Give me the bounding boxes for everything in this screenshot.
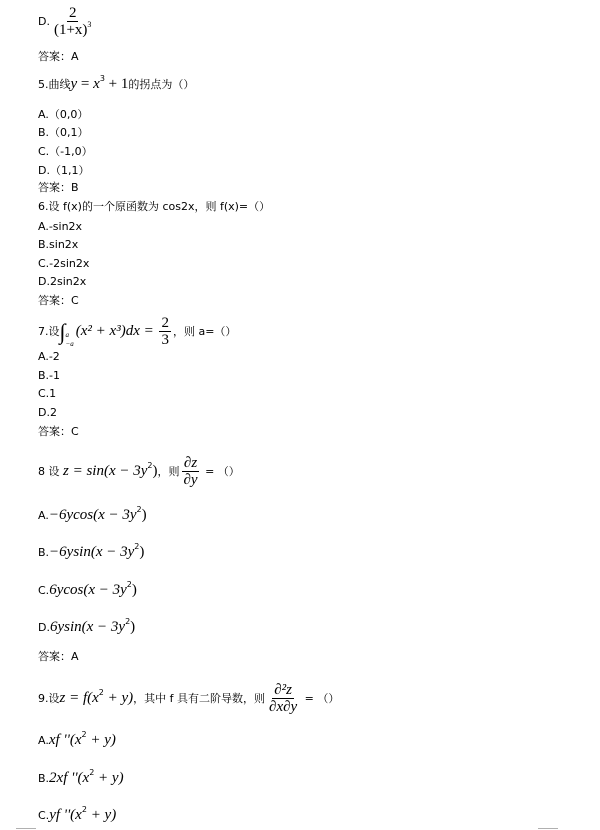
prev-question-option-d: D.2(1+x)3 bbox=[38, 6, 95, 38]
integral-limits: a−a bbox=[66, 331, 74, 349]
question-6-option-b: B.sin2x bbox=[38, 238, 78, 252]
stem-text: = （） bbox=[301, 692, 339, 705]
option-label: C. bbox=[38, 584, 49, 597]
math-var: x bbox=[93, 76, 100, 92]
option-expr: + y) bbox=[94, 770, 123, 786]
question-7-stem: 7.设∫a−a(x² + x³)dx = 23，则 a=（） bbox=[38, 316, 236, 349]
question-9-stem: 9.设z = f(x2 + y)，其中 f 具有二阶导数，则∂²z∂x∂y = … bbox=[38, 683, 339, 715]
question-5-option-b: B.（0,1） bbox=[38, 126, 89, 140]
question-8-option-a: A.−6ycos(x − 3y2) bbox=[38, 508, 147, 523]
question-6-option-c: C.-2sin2x bbox=[38, 257, 89, 271]
stem-text: 8 设 bbox=[38, 465, 60, 478]
fraction-denominator: (1+x) bbox=[54, 22, 87, 38]
fraction-denominator: 3 bbox=[159, 332, 171, 348]
question-7-option-c: C.1 bbox=[38, 387, 56, 401]
option-expr: xf ''(x bbox=[49, 732, 82, 748]
option-expr: ) bbox=[142, 507, 147, 523]
formula: z = sin(x − 3y bbox=[63, 463, 147, 479]
question-6-answer: 答案：C bbox=[38, 294, 79, 308]
formula: z = f(x bbox=[60, 690, 99, 706]
option-label: D. bbox=[38, 621, 50, 634]
stem-text: 5.曲线 bbox=[38, 78, 71, 91]
option-expr: ) bbox=[139, 544, 144, 560]
formula: + y) bbox=[104, 690, 133, 706]
fraction: 2(1+x)3 bbox=[52, 6, 93, 38]
option-label: C. bbox=[38, 809, 49, 822]
math-op: = bbox=[77, 76, 93, 92]
integrand: (x² + x³)dx = bbox=[76, 323, 158, 339]
stem-text: 7.设 bbox=[38, 325, 60, 338]
option-label: A. bbox=[38, 509, 49, 522]
question-8-answer: 答案：A bbox=[38, 650, 79, 664]
stem-text: ，其中 f 具有二阶导数，则 bbox=[133, 692, 265, 705]
question-9-option-a: A.xf ''(x2 + y) bbox=[38, 733, 116, 748]
question-5-option-d: D.（1,1） bbox=[38, 164, 89, 178]
crop-mark-right bbox=[538, 828, 558, 829]
stem-text: 的拐点为（） bbox=[128, 78, 194, 91]
fraction-numerator: ∂²z bbox=[272, 683, 294, 699]
fraction-numerator: ∂z bbox=[182, 456, 199, 472]
option-label: A. bbox=[38, 734, 49, 747]
option-label: D. bbox=[38, 15, 50, 28]
option-expr: yf ''(x bbox=[49, 807, 82, 823]
question-8-option-c: C.6ycos(x − 3y2) bbox=[38, 583, 137, 598]
fraction-denominator: ∂x∂y bbox=[267, 699, 299, 715]
question-5-option-c: C.（-1,0） bbox=[38, 145, 93, 159]
option-expr: + y) bbox=[87, 807, 116, 823]
option-expr: −6ysin(x − 3y bbox=[49, 544, 134, 560]
question-9-option-c: C.yf ''(x2 + y) bbox=[38, 808, 116, 823]
question-8-option-d: D.6ysin(x − 3y2) bbox=[38, 620, 135, 635]
question-7-option-a: A.-2 bbox=[38, 350, 60, 364]
fraction: 23 bbox=[159, 316, 171, 348]
option-expr: ) bbox=[130, 619, 135, 635]
math-op: + 1 bbox=[105, 76, 128, 92]
stem-text: ，则 bbox=[158, 465, 180, 478]
question-5-answer: 答案：B bbox=[38, 181, 79, 195]
question-8-option-b: B.−6ysin(x − 3y2) bbox=[38, 545, 144, 560]
question-5-stem: 5.曲线y = x3 + 1的拐点为（） bbox=[38, 77, 194, 92]
question-6-stem: 6.设 f(x)的一个原函数为 cos2x，则 f(x)=（） bbox=[38, 200, 270, 214]
stem-text: ，则 a=（） bbox=[173, 325, 236, 338]
option-expr: −6ycos(x − 3y bbox=[49, 507, 137, 523]
upper-limit: a bbox=[66, 331, 74, 340]
fraction-denominator: ∂y bbox=[182, 472, 200, 488]
option-expr: 2xf ''(x bbox=[49, 770, 89, 786]
exponent: 3 bbox=[87, 20, 91, 29]
option-expr: ) bbox=[132, 582, 137, 598]
lower-limit: −a bbox=[66, 340, 74, 349]
stem-text: 9.设 bbox=[38, 692, 60, 705]
question-8-stem: 8 设 z = sin(x − 3y2)，则∂z∂y = （） bbox=[38, 456, 240, 488]
option-expr: 6ycos(x − 3y bbox=[49, 582, 127, 598]
fraction: ∂z∂y bbox=[182, 456, 200, 488]
question-9-option-b: B.2xf ''(x2 + y) bbox=[38, 771, 124, 786]
crop-mark-left bbox=[16, 828, 36, 829]
question-6-option-d: D.2sin2x bbox=[38, 275, 86, 289]
option-expr: + y) bbox=[87, 732, 116, 748]
option-label: B. bbox=[38, 546, 49, 559]
stem-text: = （） bbox=[202, 465, 240, 478]
question-6-option-a: A.-sin2x bbox=[38, 220, 82, 234]
option-expr: 6ysin(x − 3y bbox=[50, 619, 125, 635]
fraction-numerator: 2 bbox=[159, 316, 171, 332]
fraction: ∂²z∂x∂y bbox=[267, 683, 299, 715]
question-7-option-d: D.2 bbox=[38, 406, 57, 420]
question-5-option-a: A.（0,0） bbox=[38, 108, 88, 122]
option-label: B. bbox=[38, 772, 49, 785]
fraction-numerator: 2 bbox=[67, 6, 79, 22]
prev-question-answer: 答案：A bbox=[38, 50, 79, 64]
question-7-answer: 答案：C bbox=[38, 425, 79, 439]
question-7-option-b: B.-1 bbox=[38, 369, 60, 383]
